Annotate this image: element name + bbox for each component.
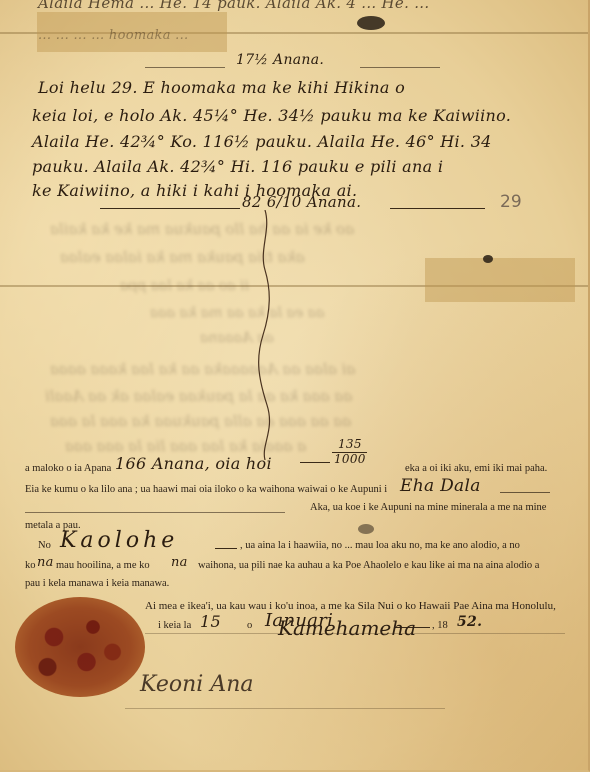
handwritten-line: Loi helu 29. E hoomaka ma ke kihi Hikina…	[38, 78, 405, 97]
tape-strip-right	[425, 258, 575, 302]
section-total: 17½ Anana.	[236, 52, 324, 68]
printed-text: Aka, ua koe i ke Aupuni na mine minerala…	[310, 502, 546, 513]
handwritten-word: na	[171, 555, 188, 570]
printed-text: o	[247, 620, 252, 631]
printed-text: i keia la	[158, 620, 191, 631]
rule-line	[100, 208, 240, 209]
printed-text: eka a oi iki aku, emi iki mai paha.	[405, 463, 547, 474]
date-year: 52.	[457, 614, 482, 630]
printed-text: , 18	[432, 620, 448, 631]
printed-text: ko	[25, 560, 36, 571]
rule-line	[500, 492, 550, 493]
handwritten-line: pauku. Alaila Ak. 42¾° Hi. 116 pauku e p…	[32, 157, 443, 176]
handwritten-line: ... ... ... ... hoomaka ...	[38, 28, 188, 43]
printed-text: waihona, ua pili nae ka auhau a ka Poe A…	[198, 560, 539, 571]
show-through-text: ii ao aa ka laa ppa	[120, 278, 249, 294]
ink-stain	[483, 255, 493, 263]
wax-seal	[15, 597, 145, 697]
rule-line	[360, 67, 440, 68]
handwritten-word: na	[37, 555, 54, 570]
handwritten-name: Kaolohe	[60, 528, 178, 553]
signature-kamehameha: Kamehameha	[278, 616, 416, 640]
fraction-denominator: 1000	[334, 452, 366, 466]
show-through-text: ai alaa aa Aaaaaaka aa ka laa kaaa aaaa	[50, 360, 355, 378]
section-total: 82 6/10 Anana.	[242, 193, 361, 211]
printed-text: Eia ke kumu o ka lilo ana ; ua haawi mai…	[25, 484, 387, 495]
signature-keoni-ana: Keoni Ana	[140, 672, 253, 697]
margin-pencil-number: 29	[500, 192, 522, 212]
show-through-text: ao ke ia aa ha llo paukua ma ke ka kaila	[50, 220, 354, 238]
handwritten-line: keia loi, e holo Ak. 45¼° He. 34½ pauku …	[32, 106, 511, 125]
rule-line	[25, 512, 285, 513]
handwritten-area: 166 Anana, oia hoi	[115, 454, 272, 473]
ink-stain	[358, 524, 374, 534]
printed-text: a maloko o ia Apana	[25, 463, 111, 474]
document-page: Alaila Hema ... He. 14 pauk. Alaila Ak. …	[0, 0, 590, 772]
show-through-text: aa aa aaa aa alla paukuaa ka aaa la aaa	[50, 412, 351, 430]
printed-text: , ua aina la i haawiia, no ... mau loa a…	[240, 540, 520, 551]
date-day: 15	[200, 612, 221, 631]
rule-line	[390, 208, 485, 209]
wavy-divider-line	[255, 210, 279, 460]
show-through-text: aa ea la ka aa ma ka aaa	[150, 305, 324, 321]
ink-stain	[357, 16, 385, 30]
show-through-text: aa aaa ka aa la paukaa ealaa ak aa Aaali	[45, 387, 352, 405]
witness-clause: Ai mea e ikea'i, ua kau wau i ko'u inoa,…	[145, 600, 556, 612]
fraction-numerator: 135	[338, 437, 362, 451]
printed-text: pau i kela manawa i keia manawa.	[25, 578, 169, 589]
handwritten-amount: Eha Dala	[400, 476, 481, 496]
handwritten-line: Alaila He. 42¾° Ko. 116½ pauku. Alaila H…	[32, 132, 492, 151]
signature-line	[125, 708, 445, 709]
handwritten-line: Alaila Hema ... He. 14 pauk. Alaila Ak. …	[38, 0, 429, 12]
printed-text: mau hooilina, a me ko	[56, 560, 150, 571]
rule-line	[300, 462, 330, 463]
rule-line	[145, 67, 225, 68]
rule-line	[215, 548, 237, 549]
printed-text: No	[38, 540, 51, 551]
